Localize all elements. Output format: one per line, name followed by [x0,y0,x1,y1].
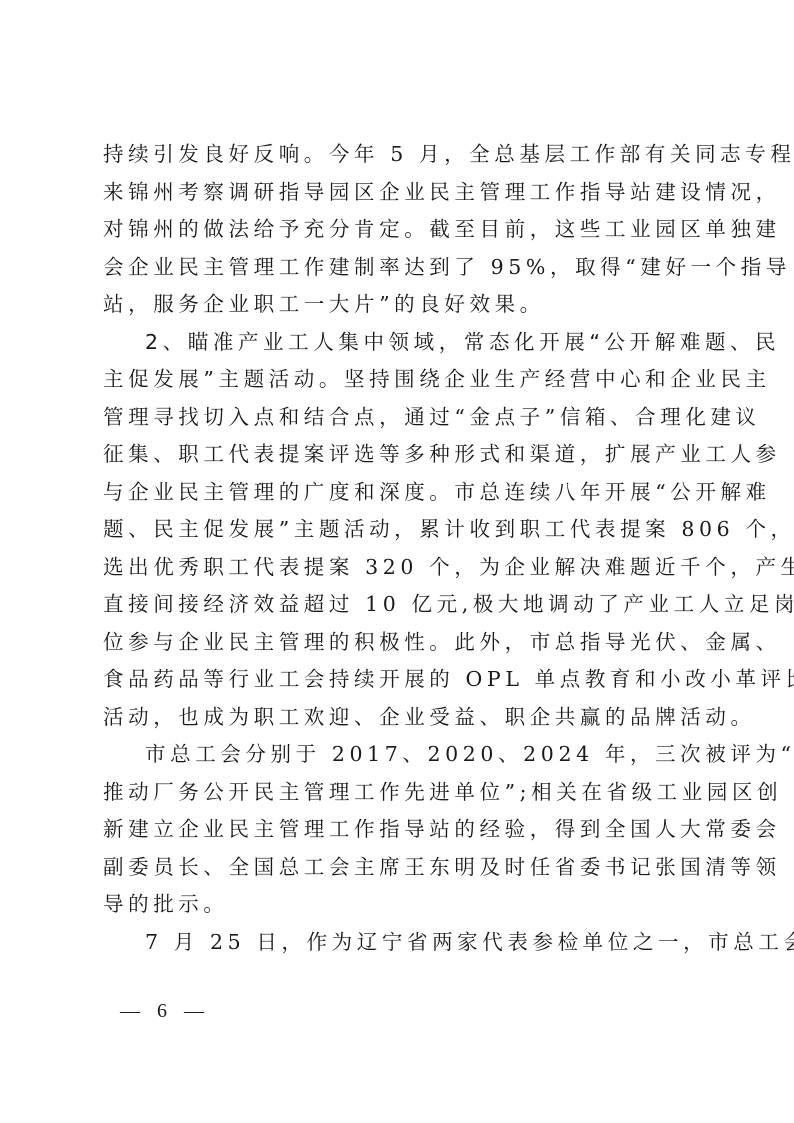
text-line: 副委员长、全国总工会主席王东明及时任省委书记张国清等领 [103,849,693,887]
text-line: 持续引发良好反响。今年 5 月，全总基层工作部有关同志专程 [103,136,693,174]
text-line: 主促发展”主题活动。坚持围绕企业生产经营中心和企业民主 [103,361,693,399]
text-line: 推动厂务公开民主管理工作先进单位”;相关在省级工业园区创 [103,774,693,812]
text-line: 7 月 25 日，作为辽宁省两家代表参检单位之一，市总工会 [103,924,693,962]
text-line: 来锦州考察调研指导园区企业民主管理工作指导站建设情况， [103,174,693,212]
text-line: 会企业民主管理工作建制率达到了 95%，取得“建好一个指导 [103,249,693,287]
text-line: 题、民主促发展”主题活动，累计收到职工代表提案 806 个， [103,511,693,549]
text-line: 选出优秀职工代表提案 320 个，为企业解决难题近千个，产生 [103,549,693,587]
text-line: 站，服务企业职工一大片”的良好效果。 [103,286,693,324]
paragraph-3: 市总工会分别于 2017、2020、2024 年，三次被评为“全国 推动厂务公开… [103,736,693,924]
paragraph-1: 持续引发良好反响。今年 5 月，全总基层工作部有关同志专程 来锦州考察调研指导园… [103,136,693,324]
text-line: 导的批示。 [103,886,693,924]
body-text: 持续引发良好反响。今年 5 月，全总基层工作部有关同志专程 来锦州考察调研指导园… [103,136,693,961]
text-line: 位参与企业民主管理的积极性。此外，市总指导光伏、金属、 [103,624,693,662]
section-heading-line: 2、瞄准产业工人集中领域，常态化开展“公开解难题、民 [103,324,693,362]
text-line: 新建立企业民主管理工作指导站的经验，得到全国人大常委会 [103,811,693,849]
text-line: 食品药品等行业工会持续开展的 OPL 单点教育和小改小革评比 [103,661,693,699]
page-number: — 6 — [120,1000,210,1023]
paragraph-2: 2、瞄准产业工人集中领域，常态化开展“公开解难题、民 主促发展”主题活动。坚持围… [103,324,693,737]
text-line: 直接间接经济效益超过 10 亿元,极大地调动了产业工人立足岗 [103,586,693,624]
text-line: 活动，也成为职工欢迎、企业受益、职企共赢的品牌活动。 [103,699,693,737]
text-line: 管理寻找切入点和结合点，通过“金点子”信箱、合理化建议 [103,399,693,437]
paragraph-4: 7 月 25 日，作为辽宁省两家代表参检单位之一，市总工会 [103,924,693,962]
document-page: 持续引发良好反响。今年 5 月，全总基层工作部有关同志专程 来锦州考察调研指导园… [0,0,794,1123]
text-line: 市总工会分别于 2017、2020、2024 年，三次被评为“全国 [103,736,693,774]
text-line: 与企业民主管理的广度和深度。市总连续八年开展“公开解难 [103,474,693,512]
text-line: 征集、职工代表提案评选等多种形式和渠道，扩展产业工人参 [103,436,693,474]
text-line: 对锦州的做法给予充分肯定。截至目前，这些工业园区单独建 [103,211,693,249]
